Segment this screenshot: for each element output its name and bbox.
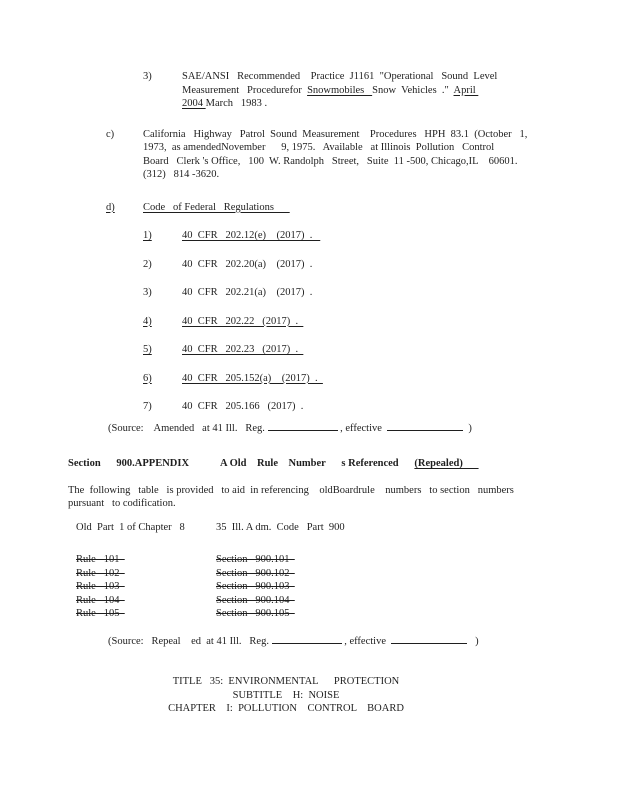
cfr-citation: 40 CFR 202.22 (2017) .: [182, 316, 303, 327]
title-line-1: TITLE 35: ENVIRONMENTAL PROTECTION: [0, 675, 572, 689]
text-line: 40 CFR 205.152(a) (2017) .: [182, 372, 618, 386]
list-item-marker: 7): [143, 400, 152, 414]
list-item-marker: 3): [143, 70, 152, 84]
table-row: Rule 101 Section 900.101: [76, 553, 618, 567]
list-item-marker: c): [106, 128, 114, 142]
text-line: SAE/ANSI Recommended Practice J1161 "Ope…: [182, 70, 618, 84]
text-line: 40 CFR 202.12(e) (2017) .: [182, 229, 618, 243]
old-rule-cell: Rule 104: [76, 595, 125, 606]
blank-effective-date: [391, 634, 467, 644]
itemc-line3: Board Clerk 's Office, 100 W. Randolph S…: [143, 156, 518, 167]
item3-line3-rest: March 1983 .: [206, 98, 268, 109]
section-cell: Section 900.104: [216, 594, 295, 608]
intro-line1: The following table is provided to aid i…: [68, 485, 514, 496]
inserted-text-april: April: [454, 85, 479, 96]
text-line: 40 CFR 202.20(a) (2017) .: [182, 258, 618, 272]
text-line: 40 CFR 202.22 (2017) .: [182, 315, 618, 329]
intro-line2: pursuant to codification.: [68, 498, 176, 509]
source-text-mid: , effective: [342, 636, 392, 647]
list-item-marker: 2): [143, 258, 152, 272]
list-item-c: c) California Highway Patrol Sound Measu…: [0, 128, 618, 182]
section-cell: Section 900.101: [216, 553, 295, 567]
section-cell: Section 900.105: [216, 607, 295, 621]
intro-paragraph: The following table is provided to aid i…: [68, 484, 618, 511]
text-line: The following table is provided to aid i…: [68, 484, 618, 498]
blank-effective-date: [387, 421, 463, 431]
cfr-item-7: 7) 40 CFR 205.166 (2017) .: [0, 400, 618, 414]
item3-line2-mid: Snow Vehicles .": [372, 85, 453, 96]
source-text-mid: , effective: [338, 423, 388, 434]
old-rule-cell: Rule 103: [76, 581, 125, 592]
text-line: 1973, as amendedNovember 9, 1975. Availa…: [143, 141, 618, 155]
cfr-item-3: 3) 40 CFR 202.21(a) (2017) .: [0, 286, 618, 300]
source-amended-line: (Source: Amended at 41 Ill. Reg. , effec…: [108, 421, 618, 436]
list-item-marker: 1): [143, 229, 152, 243]
cfr-citation: 40 CFR 202.21(a) (2017) .: [182, 287, 312, 298]
item3-line2-pre: Measurement Procedurefor: [182, 85, 307, 96]
list-item-d: d) Code of Federal Regulations: [0, 201, 618, 215]
item3-line1: SAE/ANSI Recommended Practice J1161 "Ope…: [182, 71, 497, 82]
list-item-marker: 6): [143, 372, 152, 386]
section-cell: Section 900.103: [216, 580, 295, 594]
table-header-left: Old Part 1 of Chapter 8: [76, 522, 185, 533]
text-line: Measurement Procedurefor Snowmobiles Sno…: [182, 84, 618, 98]
list-item-marker: 3): [143, 286, 152, 300]
list-item-3: 3) SAE/ANSI Recommended Practice J1161 "…: [0, 70, 618, 111]
repealed-label: (Repealed): [414, 458, 478, 469]
source-text-pre: (Source: Amended at 41 Ill. Reg.: [108, 423, 268, 434]
list-item-marker: 5): [143, 343, 152, 357]
title-text-1: TITLE 35: ENVIRONMENTAL PROTECTION: [173, 676, 400, 687]
blank-reg-number: [272, 634, 342, 644]
cfr-item-2: 2) 40 CFR 202.20(a) (2017) .: [0, 258, 618, 272]
document-page: 3) SAE/ANSI Recommended Practice J1161 "…: [0, 0, 618, 800]
text-line: 40 CFR 202.23 (2017) .: [182, 343, 618, 357]
old-rule-cell: Rule 105: [76, 608, 125, 619]
text-line: 40 CFR 205.166 (2017) .: [182, 400, 618, 414]
text-line: 40 CFR 202.21(a) (2017) .: [182, 286, 618, 300]
old-rule-table: Rule 101 Section 900.101 Rule 102 Sectio…: [0, 553, 618, 621]
cfr-citation: 40 CFR 202.12(e) (2017) .: [182, 230, 320, 241]
appendix-heading: Section 900.APPENDIX A Old Rule Number s…: [68, 457, 618, 471]
cfr-citation: 40 CFR 205.166 (2017) .: [182, 401, 303, 412]
appendix-heading-text: Section 900.APPENDIX A Old Rule Number s…: [68, 458, 414, 469]
source-text-pre: (Source: Repeal ed at 41 Ill. Reg.: [108, 636, 272, 647]
cfr-item-1: 1) 40 CFR 202.12(e) (2017) .: [0, 229, 618, 243]
itemd-heading: Code of Federal Regulations: [143, 202, 290, 213]
text-line: California Highway Patrol Sound Measurem…: [143, 128, 618, 142]
title-text-2: SUBTITLE H: NOISE: [233, 690, 340, 701]
cfr-citation: 40 CFR 202.20(a) (2017) .: [182, 259, 312, 270]
old-rule-cell: Rule 102: [76, 568, 125, 579]
source-text-post: ): [463, 423, 472, 434]
cfr-citation: 40 CFR 202.23 (2017) .: [182, 344, 303, 355]
text-line: Board Clerk 's Office, 100 W. Randolph S…: [143, 155, 618, 169]
inserted-text-snowmobiles: Snowmobiles: [307, 85, 372, 96]
list-item-marker: 4): [143, 315, 152, 329]
title-text-3: CHAPTER I: POLLUTION CONTROL BOARD: [168, 703, 404, 714]
itemc-line2: 1973, as amendedNovember 9, 1975. Availa…: [143, 142, 494, 153]
itemc-line4: (312) 814 -3620.: [143, 169, 219, 180]
cfr-item-6: 6) 40 CFR 205.152(a) (2017) .: [0, 372, 618, 386]
table-header-row: Old Part 1 of Chapter 835 Ill. A dm. Cod…: [76, 521, 618, 535]
text-line: 2004 March 1983 .: [182, 97, 618, 111]
title-block: TITLE 35: ENVIRONMENTAL PROTECTION SUBTI…: [0, 675, 572, 716]
cfr-item-4: 4) 40 CFR 202.22 (2017) .: [0, 315, 618, 329]
table-row: Rule 102 Section 900.102: [76, 567, 618, 581]
table-row: Rule 104 Section 900.104: [76, 594, 618, 608]
text-line: pursuant to codification.: [68, 497, 618, 511]
list-item-marker: d): [106, 201, 115, 215]
text-line: (312) 814 -3620.: [143, 168, 618, 182]
title-line-2: SUBTITLE H: NOISE: [0, 689, 572, 703]
blank-reg-number: [268, 421, 338, 431]
itemc-line1: California Highway Patrol Sound Measurem…: [143, 129, 527, 140]
table-row: Rule 103 Section 900.103: [76, 580, 618, 594]
table-header-right: 35 Ill. A dm. Code Part 900: [216, 521, 345, 535]
cfr-citation: 40 CFR 205.152(a) (2017) .: [182, 373, 323, 384]
cfr-item-5: 5) 40 CFR 202.23 (2017) .: [0, 343, 618, 357]
text-line: Code of Federal Regulations: [143, 201, 618, 215]
inserted-text-2004: 2004: [182, 98, 206, 109]
source-text-post: ): [467, 636, 478, 647]
section-cell: Section 900.102: [216, 567, 295, 581]
old-rule-cell: Rule 101: [76, 554, 125, 565]
table-row: Rule 105 Section 900.105: [76, 607, 618, 621]
source-repealed-line: (Source: Repeal ed at 41 Ill. Reg. , eff…: [108, 634, 618, 649]
title-line-3: CHAPTER I: POLLUTION CONTROL BOARD: [0, 702, 572, 716]
